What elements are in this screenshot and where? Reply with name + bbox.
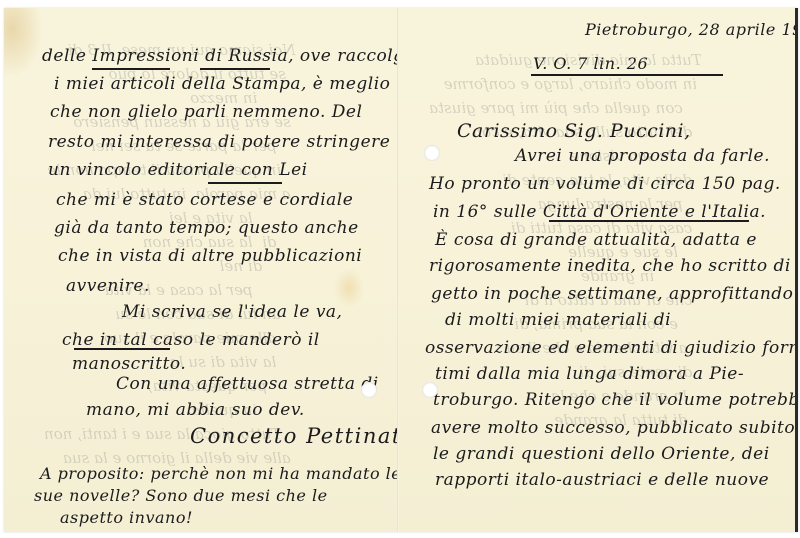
postscript-line: A proposito: perchè non mi ha mandato le (40, 464, 397, 483)
left-page: Noi siamo qui un mese. Il 3 di se tutto … (4, 8, 397, 532)
paper-stain (4, 8, 44, 78)
letter-line: che in tal caso le manderò il (62, 330, 320, 350)
letter-line: Ho pronto un volume di circa 150 pag. (429, 174, 781, 194)
letter-line: i miei articoli della Stampa, è meglio (54, 74, 390, 94)
letter-line: avere molto successo, pubblicato subito, (431, 418, 795, 438)
letter-line: Mi scriva se l'idea le va, (122, 302, 342, 322)
salutation: Carissimo Sig. Puccini, (457, 120, 691, 142)
letter-line: avvenire. (66, 276, 150, 296)
address-line: V. O. 7 lin. 26 (533, 54, 648, 73)
underline-mark (200, 68, 270, 70)
scanned-letter: Noi siamo qui un mese. Il 3 di se tutto … (0, 0, 800, 538)
punch-hole (361, 382, 377, 398)
letter-line: getto in poche settimane, approfittando (431, 284, 793, 304)
letter-line: rapporti italo-austriaci e delle nuove (435, 470, 769, 490)
letter-line: mano, mi abbia suo dev. (86, 400, 305, 420)
letter-line: troburgo. Ritengo che il volume potrebbe (433, 390, 795, 410)
letter-line: manoscritto. (72, 354, 186, 374)
letter-line: resto mi interessa di potere stringere (48, 132, 390, 152)
letter-line: che mi è stato cortese e cordiale (56, 190, 353, 210)
letter-line: rigorosamente inedita, che ho scritto di (429, 256, 791, 276)
letter-line: che in vista di altre pubblicazioni (58, 246, 362, 266)
letter-line: Con una affettuosa stretta di (116, 374, 379, 394)
letter-line: in 16° sulle Città d'Oriente e l'Italia. (433, 202, 766, 222)
postscript-line: aspetto invano! (60, 508, 193, 527)
letter-line: di molti miei materiali di (445, 310, 671, 330)
letter-line: un vincolo editoriale con Lei (48, 160, 308, 180)
letter-line: timi dalla mia lunga dimora a Pie- (435, 364, 744, 384)
letter-line: osservazione ed elementi di giudizio for… (425, 338, 795, 358)
postscript-line: sue novelle? Sono due mesi che le (34, 486, 328, 505)
signature: Concetto Pettinato (190, 424, 397, 448)
letter-line: che non glielo parli nemmeno. Del (50, 102, 362, 122)
punch-hole (422, 382, 438, 398)
letter-line: le grandi questioni dello Oriente, dei (433, 444, 770, 464)
letter-line: già da tanto tempo; questo anche (54, 218, 359, 238)
underline-mark (92, 68, 170, 70)
letter-line: È cosa di grande attualità, adatta e (435, 230, 757, 250)
place-and-date: Pietroburgo, 28 aprile 1913 (585, 20, 795, 39)
punch-hole (424, 145, 440, 161)
right-page: Tutta la mia divisione guidata in modo c… (399, 8, 795, 532)
underline-mark (549, 220, 749, 222)
letter-line: Avrei una proposta da farle. (515, 146, 770, 166)
underline-mark (208, 182, 282, 184)
letter-sheet: Noi siamo qui un mese. Il 3 di se tutto … (4, 8, 798, 532)
underline-mark (74, 348, 170, 350)
letter-line: delle Impressioni di Russia, ove raccolg… (42, 46, 397, 66)
address-underline (531, 74, 723, 76)
